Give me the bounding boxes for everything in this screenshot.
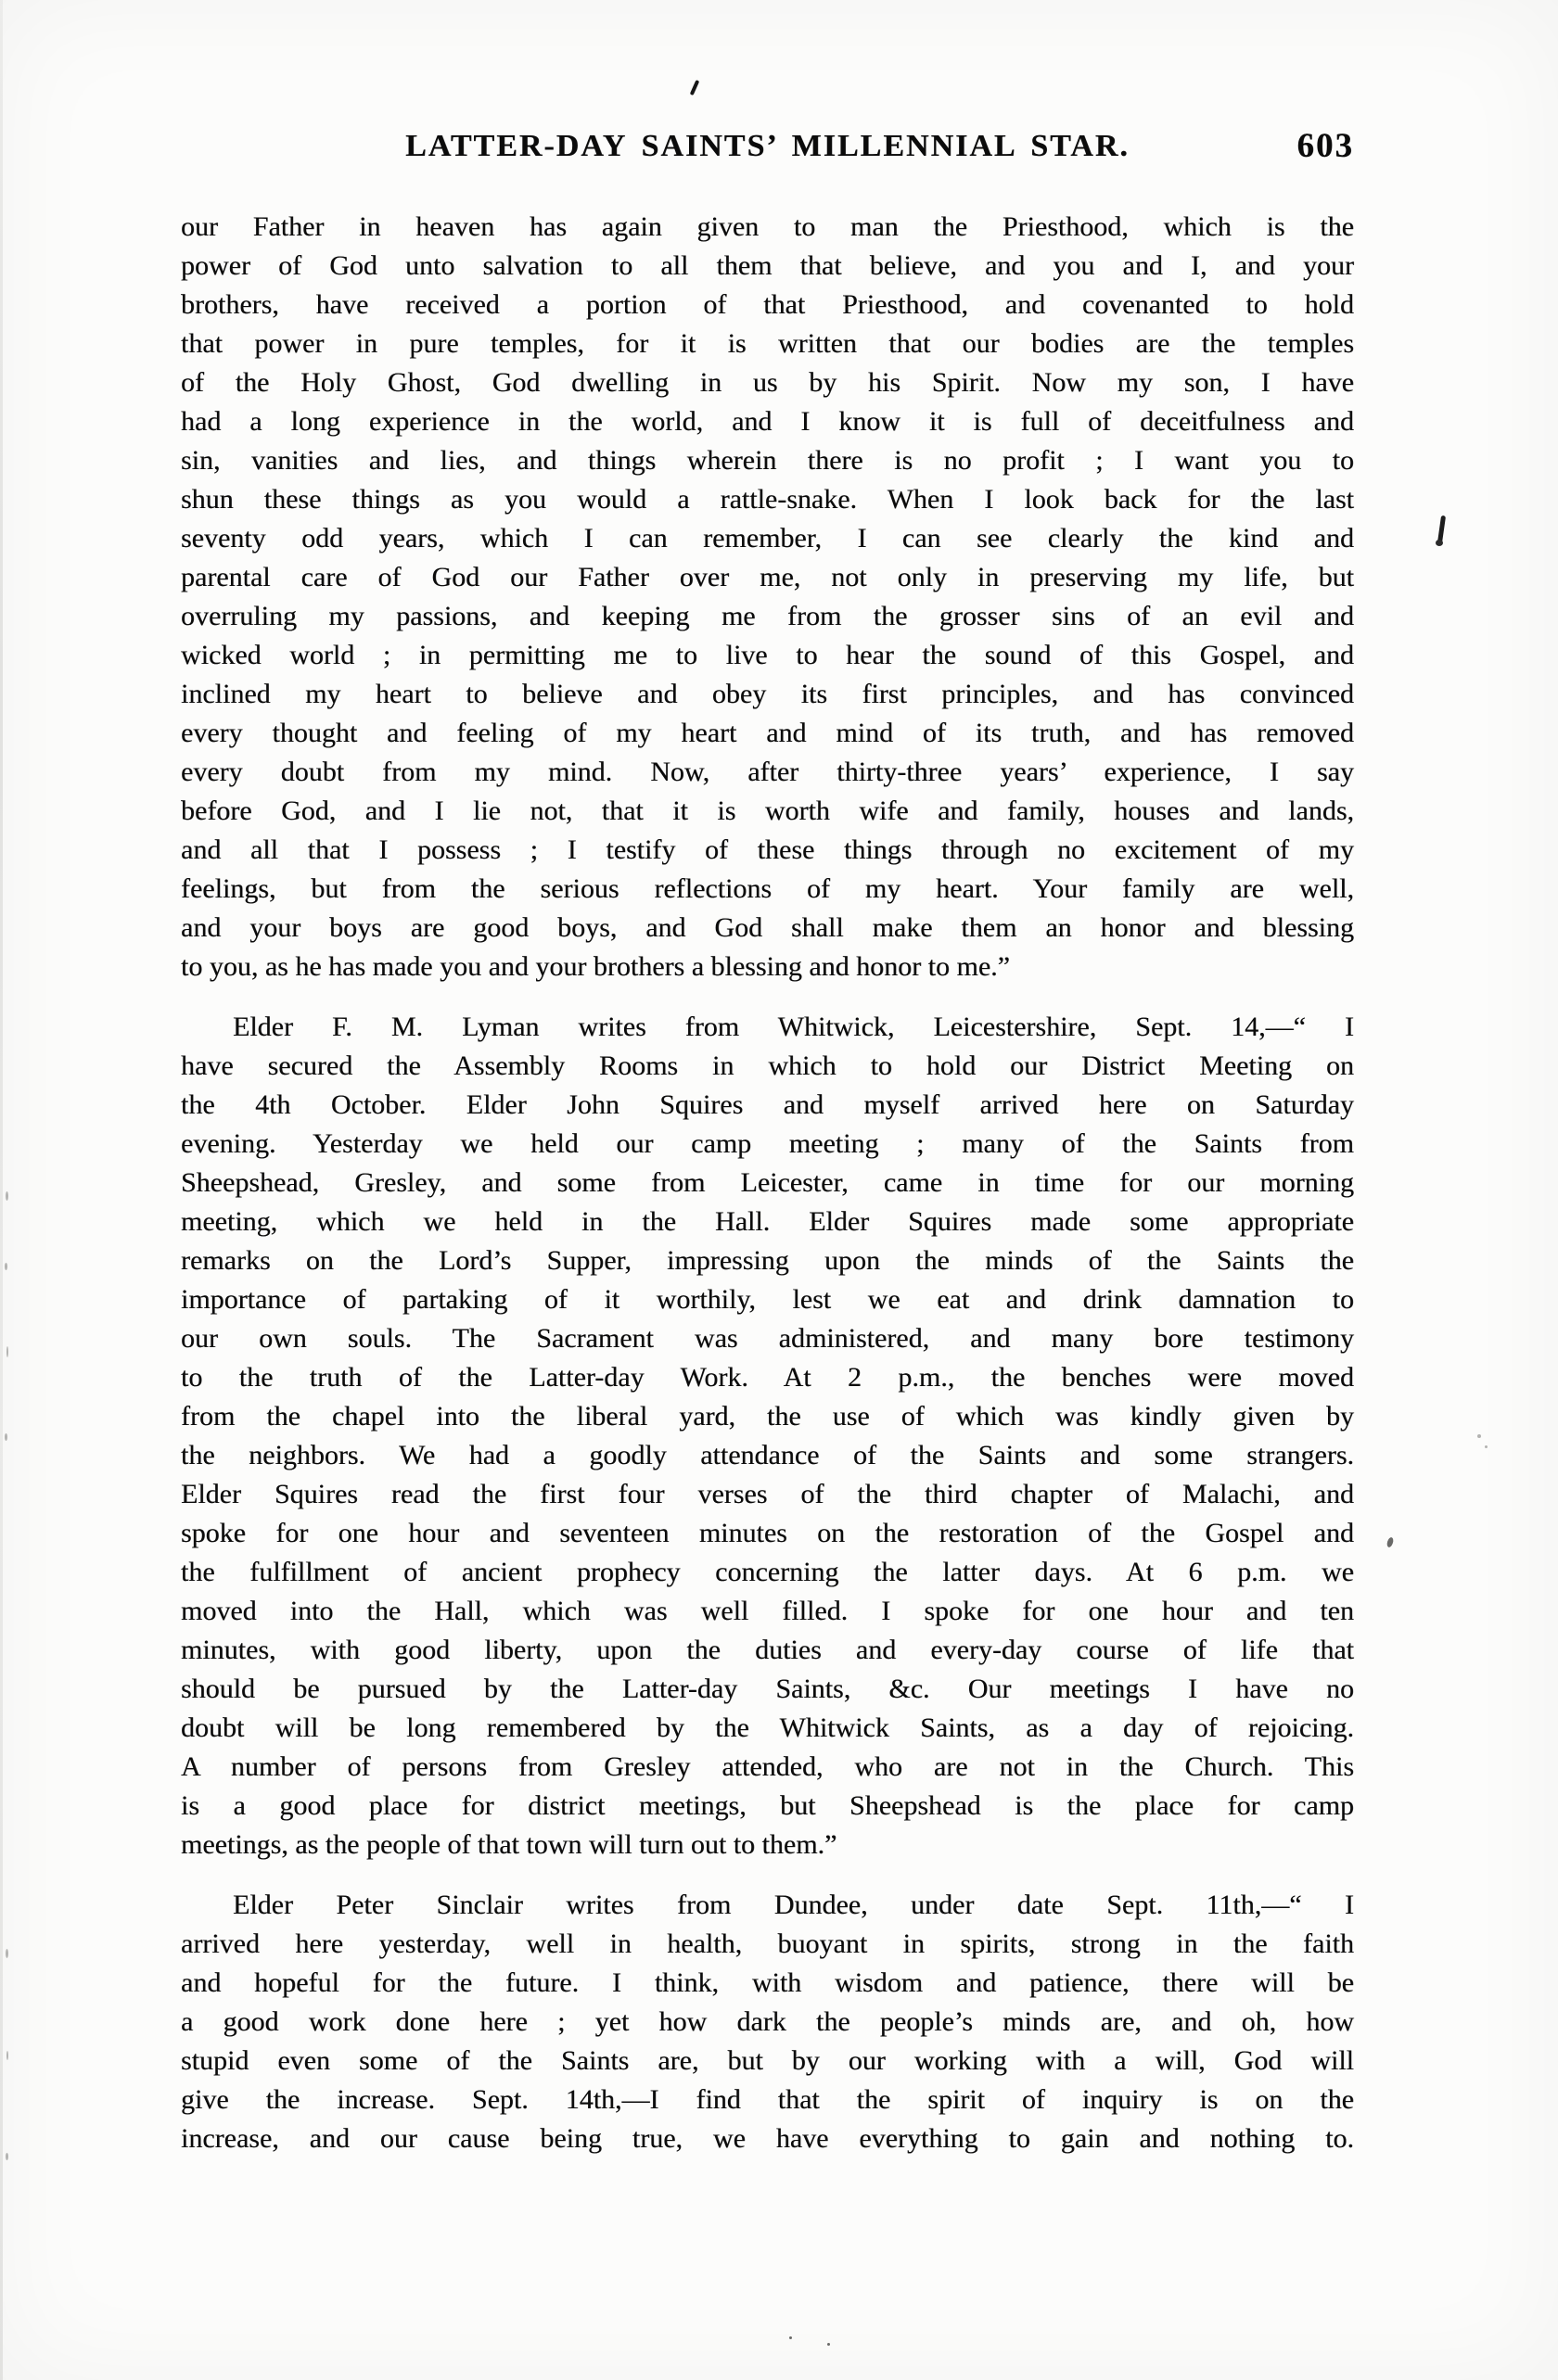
text-line: the neighbors. We had a goodly attendanc… — [181, 1436, 1354, 1475]
text-line: arrived here yesterday, well in health, … — [181, 1925, 1354, 1964]
page-number: 603 — [1297, 128, 1355, 165]
text-line: moved into the Hall, which was well fill… — [181, 1592, 1354, 1631]
text-line: brothers, have received a portion of tha… — [181, 286, 1354, 325]
text-line: importance of partaking of it worthily, … — [181, 1280, 1354, 1319]
ink-speck — [827, 2343, 830, 2346]
text-line: had a long experience in the world, and … — [181, 402, 1354, 441]
text-line: evening. Yesterday we held our camp meet… — [181, 1125, 1354, 1164]
text-column: LATTER-DAY SAINTS’ MILLENNIAL STAR. 603 … — [181, 128, 1354, 2158]
text-line: the fulfillment of ancient prophecy conc… — [181, 1553, 1354, 1592]
text-line: remarks on the Lord’s Supper, impressing… — [181, 1241, 1354, 1280]
paragraph-lyman-letter: Elder F. M. Lyman writes from Whitwick, … — [181, 1008, 1354, 1865]
text-line: inclined my heart to believe and obey it… — [181, 675, 1354, 714]
text-line: power of God unto salvation to all them … — [181, 247, 1354, 286]
text-line: Elder F. M. Lyman writes from Whitwick, … — [181, 1008, 1354, 1047]
text-line: parental care of God our Father over me,… — [181, 558, 1354, 597]
ink-speck — [1386, 1536, 1394, 1547]
text-line: stupid even some of the Saints are, but … — [181, 2042, 1354, 2081]
text-line: to you, as he has made you and your brot… — [181, 948, 1354, 986]
text-line: before God, and I lie not, that it is wo… — [181, 792, 1354, 831]
text-line: from the chapel into the liberal yard, t… — [181, 1397, 1354, 1436]
text-line: a good work done here ; yet how dark the… — [181, 2003, 1354, 2042]
text-line: Elder Squires read the first four verses… — [181, 1475, 1354, 1514]
text-line: is a good place for district meetings, b… — [181, 1787, 1354, 1826]
text-line: every thought and feeling of my heart an… — [181, 714, 1354, 753]
running-title: LATTER-DAY SAINTS’ MILLENNIAL STAR. — [181, 128, 1354, 165]
page-body-text: our Father in heaven has again given to … — [181, 208, 1354, 2158]
text-line: have secured the Assembly Rooms in which… — [181, 1047, 1354, 1086]
text-line: doubt will be long remembered by the Whi… — [181, 1709, 1354, 1748]
scan-edge-shadow — [0, 0, 3, 2380]
text-line: of the Holy Ghost, God dwelling in us by… — [181, 363, 1354, 402]
ink-speck — [1477, 1434, 1481, 1438]
text-line: give the increase. Sept. 14th,—I find th… — [181, 2081, 1354, 2119]
text-line: sin, vanities and lies, and things where… — [181, 441, 1354, 480]
text-line: and your boys are good boys, and God sha… — [181, 909, 1354, 948]
scan-noise — [6, 2153, 8, 2160]
ink-speck — [789, 2336, 792, 2339]
ink-speck — [1485, 1445, 1488, 1448]
text-line: seventy odd years, which I can remember,… — [181, 519, 1354, 558]
text-line: our own souls. The Sacrament was adminis… — [181, 1319, 1354, 1358]
text-line: that power in pure temples, for it is wr… — [181, 325, 1354, 363]
scan-noise — [6, 2051, 8, 2060]
scan-noise — [6, 1191, 8, 1201]
text-line: overruling my passions, and keeping me f… — [181, 597, 1354, 636]
text-line: feelings, but from the serious reflectio… — [181, 870, 1354, 909]
text-line: meeting, which we held in the Hall. Elde… — [181, 1203, 1354, 1241]
text-line: to the truth of the Latter-day Work. At … — [181, 1358, 1354, 1397]
ink-blot — [1434, 515, 1449, 556]
text-line: spoke for one hour and seventeen minutes… — [181, 1514, 1354, 1553]
paragraph-sinclair-letter: Elder Peter Sinclair writes from Dundee,… — [181, 1886, 1354, 2158]
text-line: the 4th October. Elder John Squires and … — [181, 1086, 1354, 1125]
text-line: wicked world ; in permitting me to live … — [181, 636, 1354, 675]
text-line: shun these things as you would a rattle-… — [181, 480, 1354, 519]
text-line: and hopeful for the future. I think, wit… — [181, 1964, 1354, 2003]
text-line: should be pursued by the Latter-day Sain… — [181, 1670, 1354, 1709]
text-line: A number of persons from Gresley attende… — [181, 1748, 1354, 1787]
text-line: Elder Peter Sinclair writes from Dundee,… — [181, 1886, 1354, 1925]
scan-noise — [5, 1433, 7, 1441]
scanned-page: LATTER-DAY SAINTS’ MILLENNIAL STAR. 603 … — [0, 0, 1558, 2380]
text-line: minutes, with good liberty, upon the dut… — [181, 1631, 1354, 1670]
text-line: and all that I possess ; I testify of th… — [181, 831, 1354, 870]
scan-noise — [5, 1263, 7, 1270]
paragraph-letter-continuation: our Father in heaven has again given to … — [181, 208, 1354, 986]
ink-tick-mark — [690, 80, 700, 95]
scan-noise — [6, 1346, 8, 1357]
text-line: every doubt from my mind. Now, after thi… — [181, 753, 1354, 792]
scan-noise — [6, 1949, 8, 1958]
text-line: Sheepshead, Gresley, and some from Leice… — [181, 1164, 1354, 1203]
text-line: our Father in heaven has again given to … — [181, 208, 1354, 247]
page-header: LATTER-DAY SAINTS’ MILLENNIAL STAR. 603 — [181, 128, 1354, 169]
text-line: increase, and our cause being true, we h… — [181, 2119, 1354, 2158]
text-line: meetings, as the people of that town wil… — [181, 1826, 1354, 1865]
